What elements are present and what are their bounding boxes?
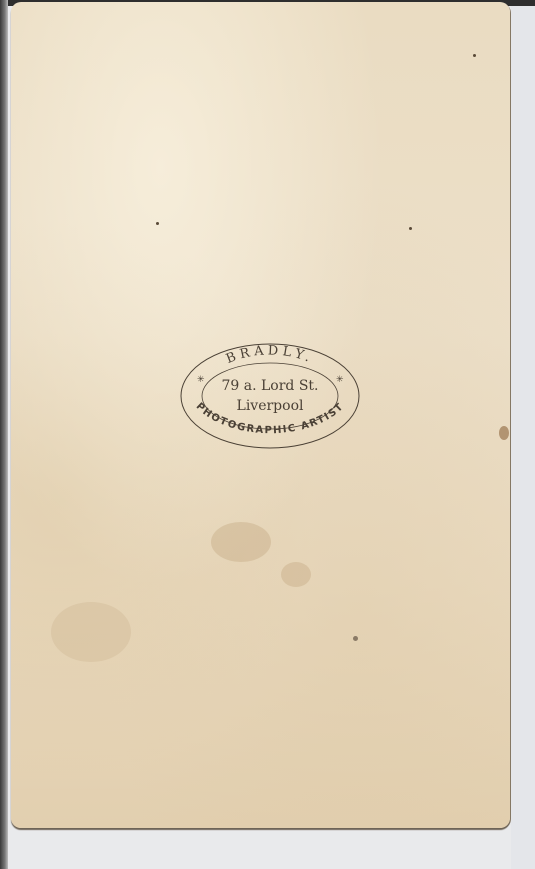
stain xyxy=(499,426,509,440)
speck xyxy=(156,222,159,225)
stamp-address: 79 a. Lord St. xyxy=(221,378,318,394)
photographer-stamp: BRADLY. PHOTOGRAPHIC ARTIST 79 a. Lord S… xyxy=(180,342,360,450)
stain xyxy=(281,562,311,587)
speck xyxy=(409,227,412,230)
speck xyxy=(473,54,476,57)
svg-text:✳: ✳ xyxy=(336,375,344,385)
stain xyxy=(211,522,271,562)
stamp-city: Liverpool xyxy=(237,398,304,414)
scan-left-edge xyxy=(0,0,8,869)
stain xyxy=(51,602,131,662)
speck xyxy=(353,636,358,641)
scanner-background xyxy=(511,6,535,869)
svg-text:✳: ✳ xyxy=(197,375,205,385)
